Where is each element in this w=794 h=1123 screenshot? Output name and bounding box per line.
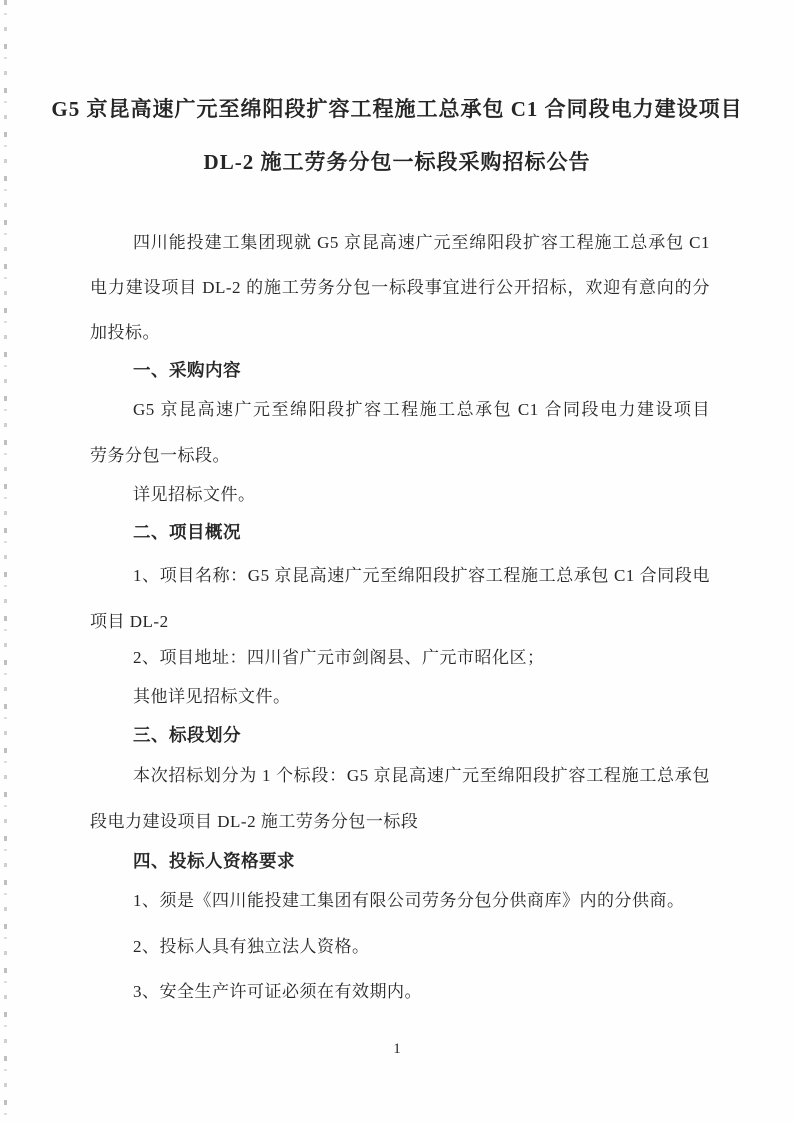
section-heading-project-overview: 二、项目概况 xyxy=(133,510,241,555)
purchase-content-line: G5 京昆高速广元至绵阳段扩容工程施工总承包 C1 合同段电力建设项目 DL-2… xyxy=(133,387,710,432)
section-heading-lot-division: 三、标段划分 xyxy=(133,713,241,758)
document-title-line-1: G5 京昆高速广元至绵阳段扩容工程施工总承包 C1 合同段电力建设项目 xyxy=(0,87,794,132)
document-title-line-2: DL-2 施工劳务分包一标段采购招标公告 xyxy=(0,140,794,185)
lot-division-line: 本次招标划分为 1 个标段：G5 京昆高速广元至绵阳段扩容工程施工总承包 C1 … xyxy=(133,753,710,798)
project-overview-line: 1、项目名称：G5 京昆高速广元至绵阳段扩容工程施工总承包 C1 合同段电力建设 xyxy=(133,553,710,598)
bidder-qualification-line: 2、投标人具有独立法人资格。 xyxy=(133,924,370,969)
bidder-qualification-line: 3、安全生产许可证必须在有效期内。 xyxy=(133,969,422,1014)
intro-paragraph-line: 电力建设项目 DL-2 的施工劳务分包一标段事宜进行公开招标，欢迎有意向的分供商… xyxy=(90,265,710,310)
bidder-qualification-line: 1、须是《四川能投建工集团有限公司劳务分包分供商库》内的分供商。 xyxy=(133,878,685,923)
scanned-document-page: G5 京昆高速广元至绵阳段扩容工程施工总承包 C1 合同段电力建设项目 DL-2… xyxy=(0,0,794,1123)
lot-division-line: 段电力建设项目 DL-2 施工劳务分包一标段 xyxy=(90,799,418,844)
intro-paragraph-line: 四川能投建工集团现就 G5 京昆高速广元至绵阳段扩容工程施工总承包 C1 合同段 xyxy=(133,220,710,265)
page-number: 1 xyxy=(0,1027,794,1072)
